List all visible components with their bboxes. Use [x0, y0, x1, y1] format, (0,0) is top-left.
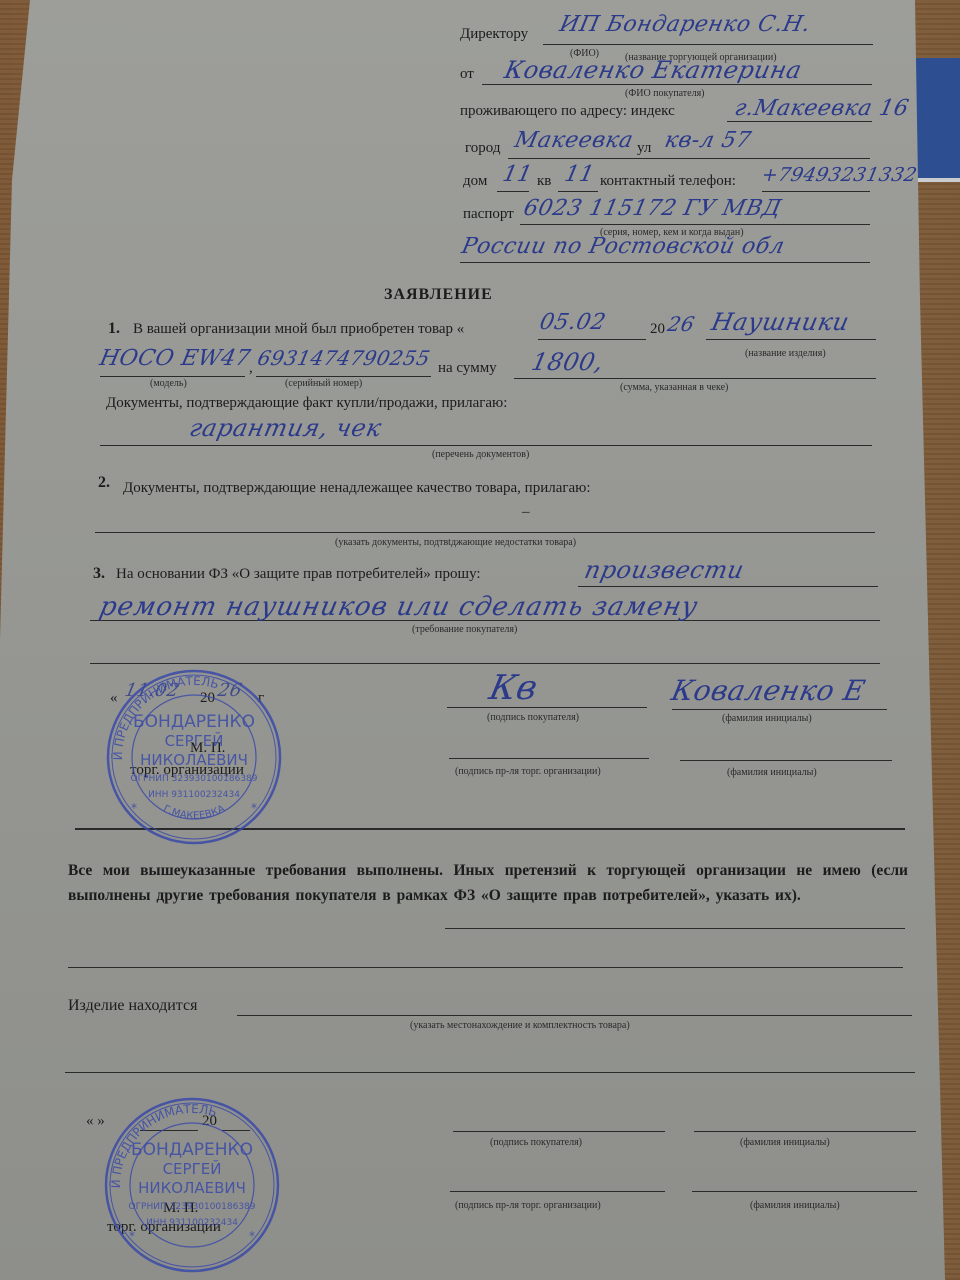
- buyer-signature-1[interactable]: Кв: [486, 668, 542, 708]
- product-line: [706, 339, 876, 340]
- city-line: [508, 158, 870, 159]
- street-value[interactable]: кв-л 57: [662, 128, 753, 153]
- sum-label: на сумму: [438, 360, 497, 377]
- section2-line: [95, 532, 875, 533]
- comma-separator: ,: [249, 360, 253, 377]
- svg-text:БОНДАРЕНКО: БОНДАРЕНКО: [131, 1140, 253, 1160]
- section3-number: 3.: [93, 565, 105, 583]
- director-value[interactable]: ИП Бондаренко С.Н.: [557, 12, 813, 37]
- sig1-seller-name-line: [680, 760, 892, 761]
- section2-text: Документы, подтверждающие ненадлежащее к…: [123, 480, 591, 497]
- section2-hint: (указать документы, подтвtджающие недост…: [335, 537, 576, 548]
- stamp-bottom-text: Г.МАКЕЕВКА: [161, 803, 226, 821]
- address-label: проживающего по адресу: индекс: [460, 103, 675, 120]
- sig2-buyer-name-hint: (фамилия инициалы): [740, 1137, 830, 1148]
- location-label: Изделие находится: [68, 997, 197, 1015]
- serial-line: [256, 376, 431, 377]
- apt-value[interactable]: 11: [562, 162, 596, 187]
- svg-text:Г.МАКЕЕВКА: Г.МАКЕЕВКА: [161, 803, 226, 821]
- model-line: [100, 376, 245, 377]
- sig2-buyer-sign-line: [453, 1131, 665, 1132]
- svg-text:СЕРГЕЙ: СЕРГЕЙ: [165, 731, 224, 750]
- director-label: Директору: [460, 26, 528, 43]
- street-label: ул: [637, 140, 651, 157]
- svg-text:ИНН 931100232434: ИНН 931100232434: [148, 790, 240, 800]
- passport-value-2[interactable]: России по Ростовской обл: [459, 234, 787, 259]
- sum-line: [514, 378, 876, 379]
- sig2-buyer-name-line: [694, 1131, 916, 1132]
- svg-text:*: *: [131, 801, 137, 815]
- closing-line-2: [68, 967, 903, 968]
- model-hint: (модель): [150, 378, 187, 389]
- address-line: [727, 121, 872, 122]
- section1-text: В вашей организации мной был приобретен …: [133, 321, 464, 338]
- house-value[interactable]: 11: [500, 162, 534, 187]
- sig1-seller-sign-hint: (подпись пр-ля торг. организации): [455, 766, 601, 777]
- phone-line: [762, 191, 870, 192]
- docs-line: [100, 445, 872, 446]
- product-value[interactable]: Наушники: [709, 308, 852, 336]
- apt-label: кв: [537, 173, 551, 190]
- section3-value-2[interactable]: ремонт наушников или сделать замену: [97, 592, 701, 622]
- house-line: [497, 191, 529, 192]
- docs-hint: (перечень документов): [432, 449, 529, 460]
- sig2-seller-name-line: [692, 1191, 917, 1192]
- section3-line-3: [90, 663, 880, 664]
- from-value[interactable]: Коваленко Екатерина: [502, 56, 805, 84]
- purchase-date-value[interactable]: 05.02: [537, 310, 608, 335]
- product-hint: (название изделия): [745, 348, 826, 359]
- director-line: [543, 44, 873, 45]
- sig1-buyer-name-hint: (фамилия инициалы): [722, 713, 812, 724]
- section3-hint: (требование покупателя): [412, 624, 517, 635]
- location-line: [237, 1015, 912, 1016]
- sig2-seller-sign-hint: (подпись пр-ля торг. организации): [455, 1200, 601, 1211]
- passport-line-2: [460, 262, 870, 263]
- serial-value[interactable]: 6931474790255: [255, 346, 432, 370]
- sig1-seller-sign-line: [449, 758, 649, 759]
- svg-text:*: *: [249, 1229, 255, 1243]
- passport-label: паспорт: [463, 206, 514, 223]
- section3-value-1[interactable]: произвести: [582, 556, 747, 584]
- svg-text:*: *: [129, 1229, 135, 1243]
- closing-line-1: [445, 928, 905, 929]
- sig1-buyer-sign-hint: (подпись покупателя): [487, 712, 579, 723]
- section1-number: 1.: [108, 320, 120, 338]
- sig1-buyer-name-line: [672, 709, 887, 710]
- sig1-buyer-sign-line: [447, 707, 647, 708]
- docs-label: Документы, подтверждающие факт купли/про…: [106, 395, 507, 412]
- sig2-buyer-sign-hint: (подпись покупателя): [490, 1137, 582, 1148]
- section3-line-1: [578, 586, 878, 587]
- location-line-2: [65, 1072, 915, 1073]
- passport-line: [520, 224, 870, 225]
- company-stamp-1: ИНДИВИДУАЛЬНЫЙ ПРЕДПРИНИМАТЕЛЬ Г.МАКЕЕВК…: [104, 667, 284, 847]
- apt-line: [558, 191, 598, 192]
- purchase-year-value[interactable]: 26: [665, 312, 697, 336]
- purchase-date-line: [538, 339, 646, 340]
- city-value[interactable]: Макеевка: [512, 128, 635, 153]
- section2-number: 2.: [98, 474, 110, 492]
- from-hint: (ФИО покупателя): [625, 88, 705, 99]
- svg-text:ОГРНИП 323930100186389: ОГРНИП 323930100186389: [130, 774, 257, 784]
- document-title: ЗАЯВЛЕНИЕ: [384, 286, 493, 304]
- svg-text:НИКОЛАЕВИЧ: НИКОЛАЕВИЧ: [140, 751, 248, 769]
- sig2-seller-sign-line: [450, 1191, 665, 1192]
- company-stamp-2: ИНДИВИДУАЛЬНЫЙ ПРЕДПРИНИМАТЕЛЬ БОНДАРЕНК…: [102, 1095, 282, 1275]
- from-label: от: [460, 66, 474, 83]
- application-form-paper: Директору ИП Бондаренко С.Н. (ФИО) (назв…: [0, 0, 960, 1280]
- svg-text:*: *: [251, 801, 257, 815]
- sum-value[interactable]: 1800,: [529, 348, 606, 376]
- sum-hint: (сумма, указанная в чеке): [620, 382, 728, 393]
- svg-text:НИКОЛАЕВИЧ: НИКОЛАЕВИЧ: [138, 1179, 246, 1197]
- phone-value[interactable]: +79493231332: [760, 164, 920, 186]
- house-label: дом: [463, 173, 487, 190]
- city-label: город: [465, 140, 500, 157]
- section3-text: На основании ФЗ «О защите прав потребите…: [116, 566, 481, 583]
- svg-text:ОГРНИП 323930100186389: ОГРНИП 323930100186389: [128, 1202, 255, 1212]
- serial-hint: (серийный номер): [285, 378, 362, 389]
- svg-text:СЕРГЕЙ: СЕРГЕЙ: [163, 1159, 222, 1178]
- model-value[interactable]: HOCO EW47: [97, 346, 253, 371]
- sig2-seller-name-hint: (фамилия инициалы): [750, 1200, 840, 1211]
- svg-text:ИНН 931100232434: ИНН 931100232434: [146, 1218, 238, 1228]
- closing-paragraph: Все мои вышеуказанные требования выполне…: [68, 858, 908, 908]
- year-prefix: 20: [650, 321, 665, 338]
- phone-label: контактный телефон:: [600, 173, 736, 190]
- docs-value[interactable]: гарантия, чек: [187, 414, 384, 442]
- location-hint: (указать местонахождение и комплектность…: [410, 1020, 630, 1031]
- passport-value[interactable]: 6023 115172 ГУ МВД: [521, 196, 783, 221]
- sig1-buyer-name-value[interactable]: Коваленко Е: [668, 674, 868, 707]
- section2-value[interactable]: –: [522, 504, 530, 521]
- sig1-seller-name-hint: (фамилия инициалы): [727, 767, 817, 778]
- from-line: [482, 84, 872, 85]
- address-value[interactable]: г.Макеевка 16: [732, 96, 911, 121]
- svg-text:БОНДАРЕНКО: БОНДАРЕНКО: [133, 712, 255, 732]
